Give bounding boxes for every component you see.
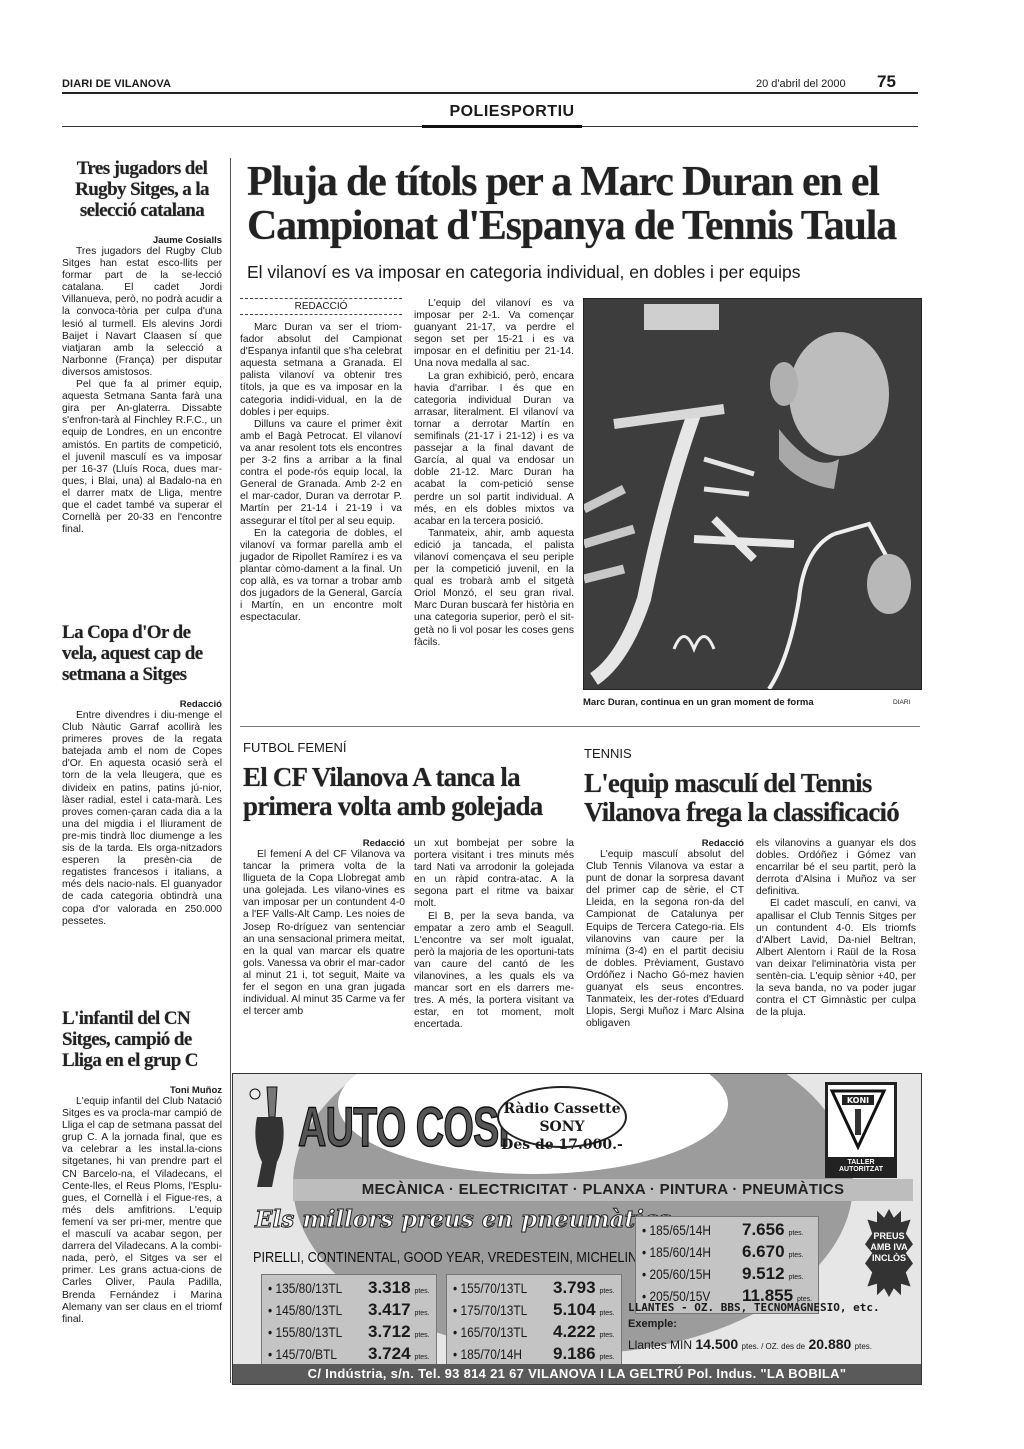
paragraph: El B, per la seva banda, va empatar a ze… <box>414 911 574 1032</box>
article-body: Entre divendres i diu-menge el Club Nàut… <box>62 710 222 928</box>
price-row: • 135/80/13TL3.318 ptes. <box>268 1279 430 1301</box>
paragraph: L'equip infantil del Club Natació Sitges… <box>62 1096 222 1326</box>
paragraph: L'equip masculí absolut del Club Tennis … <box>586 849 744 1030</box>
paragraph: La gran exhibició, però, encara havia d'… <box>414 371 574 528</box>
paragraph: El femení A del CF Vilanova va tancar la… <box>243 849 405 1018</box>
paragraph: L'equip del vilanoví es va imposar per 2… <box>414 298 574 371</box>
paragraph: Pel que fa al primer equip, aquesta Setm… <box>62 379 222 536</box>
sidebar-article-rugby: Tres jugadors del Rugby Sitges, a la sel… <box>62 158 222 536</box>
main-article-column-2: L'equip del vilanoví es va imposar per 2… <box>414 298 574 649</box>
photo-caption: Marc Duran, continua en un gran moment d… <box>583 697 814 708</box>
football-article-column-2: un xut bombejat per sobre la portera vis… <box>414 838 574 1032</box>
article-byline: Redacció <box>62 699 222 710</box>
article-headline: Tres jugadors del Rugby Sitges, a la sel… <box>62 158 222 221</box>
football-article: FUTBOL FEMENÍ El CF Vilanova A tanca la … <box>243 740 573 821</box>
tyre-brands: PIRELLI, CONTINENTAL, GOOD YEAR, VREDEST… <box>253 1249 637 1266</box>
vat-included-badge: PREUS AMB IVA INCLÒS <box>865 1209 913 1297</box>
price-row: • 155/80/13TL3.712 ptes. <box>268 1323 430 1345</box>
main-headline: Pluja de títols per a Marc Duran en el C… <box>247 160 927 248</box>
mid-page-rule <box>240 726 920 727</box>
photo-credit: DIARI <box>893 699 910 706</box>
article-byline: Redacció <box>586 838 744 849</box>
issue-date: 20 d'abril del 2000 <box>756 78 846 90</box>
main-subheadline: El vilanoví es va imposar en categoria i… <box>247 262 801 283</box>
sidebar-article-sailing: La Copa d'Or de vela, aquest cap de setm… <box>62 622 222 928</box>
article-body: Tres jugadors del Rugby Club Sitges han … <box>62 246 222 536</box>
price-row: • 175/70/13TL5.104 ptes. <box>453 1301 615 1323</box>
article-kicker: TENNIS <box>584 746 924 761</box>
tennis-article-column-2: els vilanovins a guanyar els dos dobles.… <box>756 838 916 1019</box>
svg-text:KONI: KONI <box>847 1096 869 1105</box>
tennis-article: TENNIS L'equip masculí del Tennis Vilano… <box>584 746 924 827</box>
mechanic-mascot-icon <box>247 1082 297 1192</box>
article-byline: Redacció <box>243 838 405 849</box>
price-list-3: • 185/65/14H7.656 ptes. • 185/60/14H6.67… <box>635 1216 819 1314</box>
price-row: • 145/80/13TL3.417 ptes. <box>268 1301 430 1323</box>
article-byline: Jaume Cosialls <box>62 235 222 246</box>
article-headline: La Copa d'Or de vela, aquest cap de setm… <box>62 622 222 685</box>
brand-logo: AUTO COSP <box>298 1094 524 1159</box>
article-byline: Toni Muñoz <box>62 1085 222 1096</box>
price-list-2: • 155/70/13TL3.793 ptes. • 175/70/13TL5.… <box>446 1274 622 1372</box>
article-headline: L'equip masculí del Tennis Vilanova freg… <box>584 769 924 827</box>
paragraph: Marc Duran va ser el triom-fador absolut… <box>240 322 402 419</box>
example-label: Exemple: <box>628 1318 677 1330</box>
services-banner: MECÀNICA · ELECTRICITAT · PLANXA · PINTU… <box>293 1179 913 1201</box>
article-body: El femení A del CF Vilanova va tancar la… <box>243 849 405 1018</box>
main-article-column-1: Marc Duran va ser el triom-fador absolut… <box>240 322 402 624</box>
paragraph: Entre divendres i diu-menge el Club Nàut… <box>62 710 222 928</box>
header-rule <box>62 92 918 94</box>
price-row: • 185/60/14H6.670 ptes. <box>642 1243 812 1265</box>
address-banner: C/ Indústria, s/n. Tel. 93 814 21 67 VIL… <box>233 1364 921 1384</box>
main-byline: REDACCIÓ <box>240 298 402 315</box>
koni-badge: KONI TALLER AUTORITZAT <box>825 1082 897 1178</box>
article-headline: El CF Vilanova A tanca la primera volta … <box>243 763 573 821</box>
article-kicker: FUTBOL FEMENÍ <box>243 740 573 755</box>
price-row: • 155/70/13TL3.793 ptes. <box>453 1279 615 1301</box>
price-row: • 165/70/13TL4.222 ptes. <box>453 1323 615 1345</box>
tennis-article-column-1: Redacció L'equip masculí absolut del Clu… <box>586 838 744 1030</box>
athlete-photo <box>583 298 922 690</box>
sidebar-article-swimming: L'infantil del CN Sitges, campió de Llig… <box>62 1008 222 1326</box>
paragraph: un xut bombejat per sobre la portera vis… <box>414 838 574 911</box>
football-article-column-1: Redacció El femení A del CF Vilanova va … <box>243 838 405 1018</box>
rims-brands: LLANTES - OZ. BBS, TECNOMAGNESIO, etc. <box>628 1301 880 1314</box>
auto-cosp-advertisement: AUTO COSP Ràdio Cassette SONY Des de 17.… <box>232 1073 922 1385</box>
page-number: 75 <box>877 72 896 92</box>
article-headline: L'infantil del CN Sitges, campió de Llig… <box>62 1008 222 1071</box>
paragraph: Tres jugadors del Rugby Club Sitges han … <box>62 246 222 379</box>
article-body: L'equip infantil del Club Natació Sitges… <box>62 1096 222 1326</box>
section-underline <box>422 125 582 128</box>
price-list-1: • 135/80/13TL3.318 ptes. • 145/80/13TL3.… <box>261 1274 437 1372</box>
paragraph: El cadet masculí, en canvi, va apallisar… <box>756 898 916 1019</box>
paragraph: En la categoria de dobles, el vilanoví v… <box>240 528 402 625</box>
rims-price-line: Llantes MIN 14.500 ptes. / OZ. des de 20… <box>628 1336 872 1352</box>
newspaper-name: DIARI DE VILANOVA <box>62 78 171 90</box>
paragraph: Dilluns va caure el primer èxit amb el B… <box>240 419 402 528</box>
price-row: • 205/60/15H9.512 ptes. <box>642 1265 812 1287</box>
column-divider <box>230 158 231 1383</box>
article-body: L'equip masculí absolut del Club Tennis … <box>586 849 744 1030</box>
radio-offer-text: Ràdio Cassette SONY <box>499 1100 625 1136</box>
photo-illustration-icon <box>584 299 921 689</box>
paragraph: els vilanovins a guanyar els dos dobles.… <box>756 838 916 898</box>
price-row: • 185/65/14H7.656 ptes. <box>642 1221 812 1243</box>
radio-offer-price: Des de 17.000.- <box>499 1136 625 1154</box>
koni-tag: TALLER AUTORITZAT <box>828 1157 894 1175</box>
radio-offer-badge: Ràdio Cassette SONY Des de 17.000.- <box>497 1086 627 1148</box>
paragraph: Tanmateix, ahir, amb aquesta edició ja t… <box>414 528 574 649</box>
section-title: POLIESPORTIU <box>0 103 1024 121</box>
tyre-slogan: Els millors preus en pneumàtics... <box>255 1206 695 1233</box>
koni-triangle-icon: KONI <box>828 1085 888 1155</box>
